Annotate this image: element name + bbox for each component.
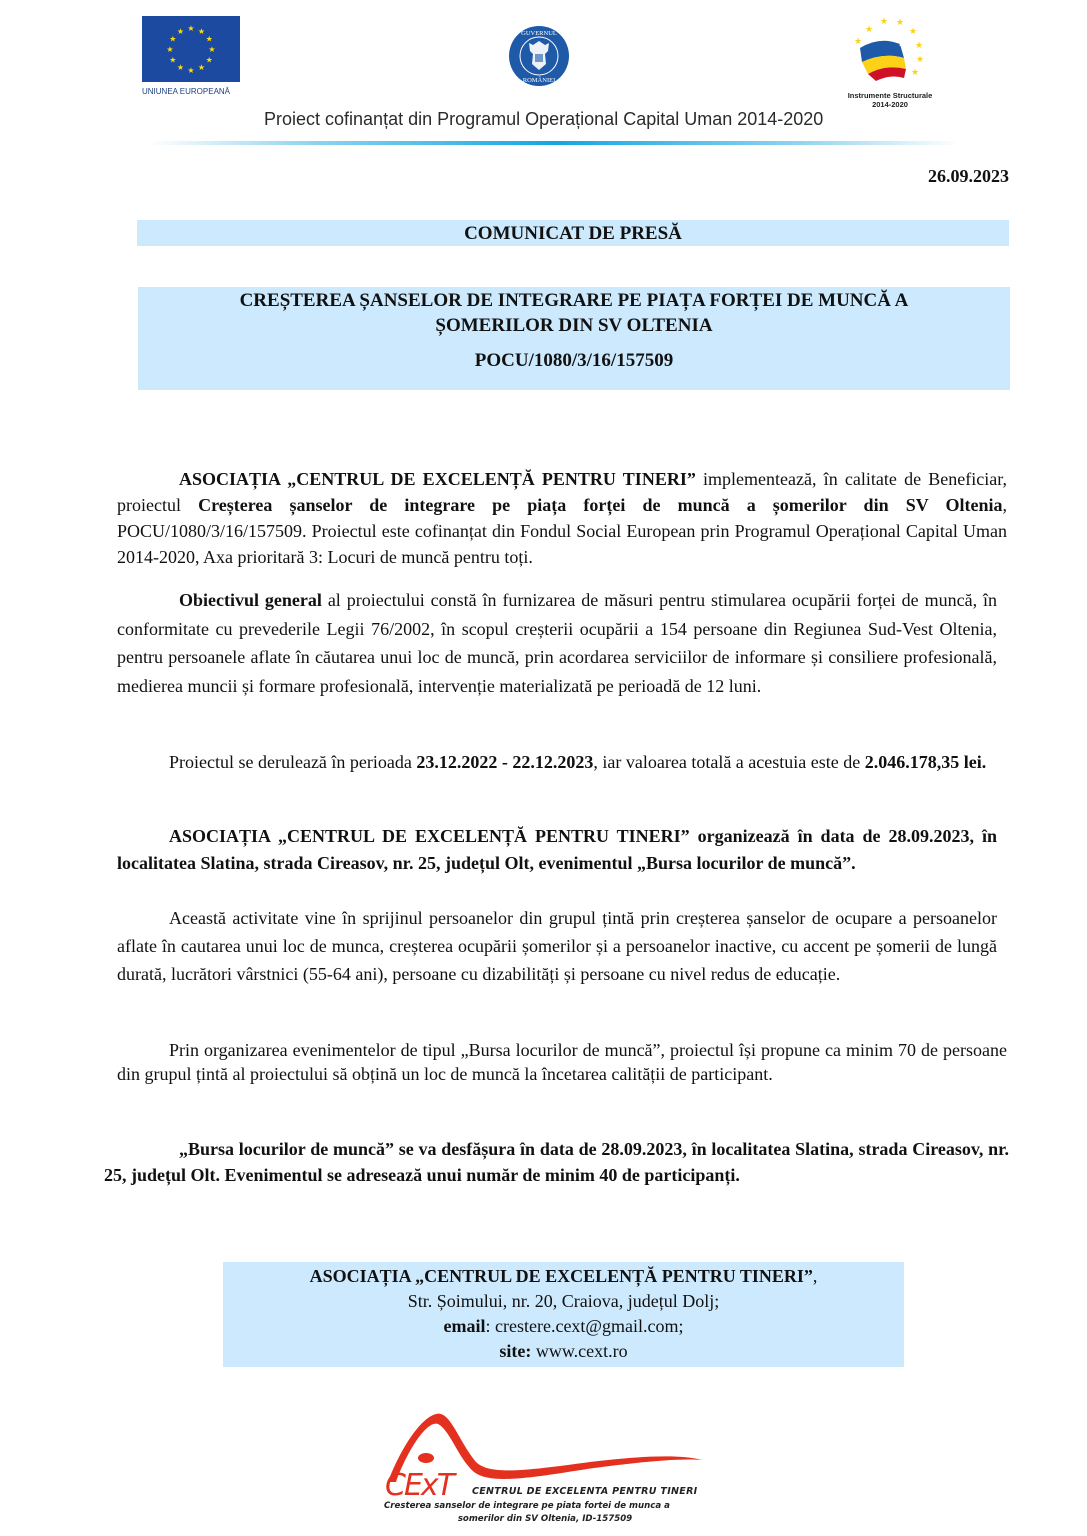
header-tagline: Proiect cofinanțat din Programul Operați…: [264, 109, 823, 130]
svg-text:★: ★: [187, 66, 194, 75]
svg-text:★: ★: [169, 35, 176, 44]
paragraph-period-value: Proiectul se derulează în perioada 23.12…: [117, 749, 997, 775]
svg-text:GUVERNUL: GUVERNUL: [521, 30, 557, 37]
svg-text:★: ★: [177, 63, 184, 72]
svg-text:★: ★: [880, 17, 888, 27]
svg-text:★: ★: [198, 27, 205, 36]
cext-name: CENTRUL DE EXCELENTA PENTRU TINERI: [472, 1486, 698, 1497]
svg-text:★: ★: [909, 27, 917, 37]
eu-logo: ★★★★★★★★★★★★ UNIUNEA EUROPEANĂ: [142, 16, 240, 98]
paragraph-activity: Această activitate vine în sprijinul per…: [117, 904, 997, 988]
svg-text:★: ★: [911, 68, 919, 78]
svg-text:★: ★: [187, 24, 194, 33]
cext-subtitle-line2: somerilor din SV Oltenia, ID-157509: [380, 1514, 710, 1524]
svg-text:★: ★: [208, 45, 215, 54]
svg-text:★: ★: [916, 55, 924, 65]
svg-text:★: ★: [166, 45, 173, 54]
project-name: CREȘTEREA ȘANSELOR DE INTEGRARE PE PIAȚA…: [138, 288, 1010, 338]
cext-subtitle-line1: Cresterea sanselor de integrare pe piata…: [384, 1501, 670, 1511]
svg-text:★: ★: [206, 56, 213, 65]
header-banner: ★★★★★★★★★★★★ UNIUNEA EUROPEANĂ GUVERNUL …: [0, 0, 1087, 150]
svg-text:★: ★: [896, 18, 904, 28]
instrumente-structurale-logo: ★★★ ★★★ ★★ Instrumente Structurale 2014-…: [840, 14, 950, 110]
contact-org: ASOCIAȚIA „CENTRUL DE EXCELENȚĂ PENTRU T…: [223, 1264, 904, 1289]
is-caption-line2: 2014-2020: [840, 100, 940, 109]
paragraph-goal: Prin organizarea evenimentelor de tipul …: [117, 1038, 1007, 1086]
svg-text:★: ★: [198, 63, 205, 72]
svg-text:★: ★: [169, 56, 176, 65]
contact-email[interactable]: email: crestere.cext@gmail.com;: [223, 1314, 904, 1339]
eu-flag-icon: ★★★★★★★★★★★★: [142, 16, 240, 82]
svg-text:★: ★: [915, 41, 923, 51]
paragraph-objective: Obiectivul general al proiectului constă…: [117, 586, 997, 700]
header-divider: [150, 141, 960, 145]
svg-text:★: ★: [865, 25, 873, 35]
eu-caption: UNIUNEA EUROPEANĂ: [142, 87, 240, 96]
project-banner: CREȘTEREA ȘANSELOR DE INTEGRARE PE PIAȚA…: [138, 287, 1010, 390]
is-caption-line1: Instrumente Structurale: [840, 91, 940, 100]
is-caption: Instrumente Structurale 2014-2020: [840, 91, 940, 109]
cext-logo: CExT CENTRUL DE EXCELENTA PENTRU TINERI …: [380, 1410, 710, 1536]
contact-site[interactable]: site: www.cext.ro: [223, 1339, 904, 1364]
contact-address: Str. Șoimului, nr. 20, Craiova, județul …: [223, 1289, 904, 1314]
paragraph-intro: ASOCIAȚIA „CENTRUL DE EXCELENȚĂ PENTRU T…: [117, 466, 1007, 570]
project-code: POCU/1080/3/16/157509: [138, 348, 1010, 373]
document-date: 26.09.2023: [928, 166, 1009, 187]
structural-instruments-icon: ★★★ ★★★ ★★: [840, 14, 940, 90]
contact-box: ASOCIAȚIA „CENTRUL DE EXCELENȚĂ PENTRU T…: [223, 1262, 904, 1367]
paragraph-event-announcement: ASOCIAȚIA „CENTRUL DE EXCELENȚĂ PENTRU T…: [117, 823, 997, 876]
paragraph-event-details: „Bursa locurilor de muncă” se va desfășu…: [104, 1136, 1009, 1188]
page-title: COMUNICAT DE PRESĂ: [137, 220, 1009, 246]
svg-text:★: ★: [854, 37, 862, 47]
government-seal-icon: GUVERNUL ROMÂNIEI: [505, 24, 573, 88]
romanian-government-logo: GUVERNUL ROMÂNIEI: [505, 24, 573, 88]
svg-text:★: ★: [177, 27, 184, 36]
svg-text:★: ★: [206, 35, 213, 44]
svg-text:ROMÂNIEI: ROMÂNIEI: [523, 76, 556, 84]
cext-mark: CExT: [385, 1468, 453, 1503]
